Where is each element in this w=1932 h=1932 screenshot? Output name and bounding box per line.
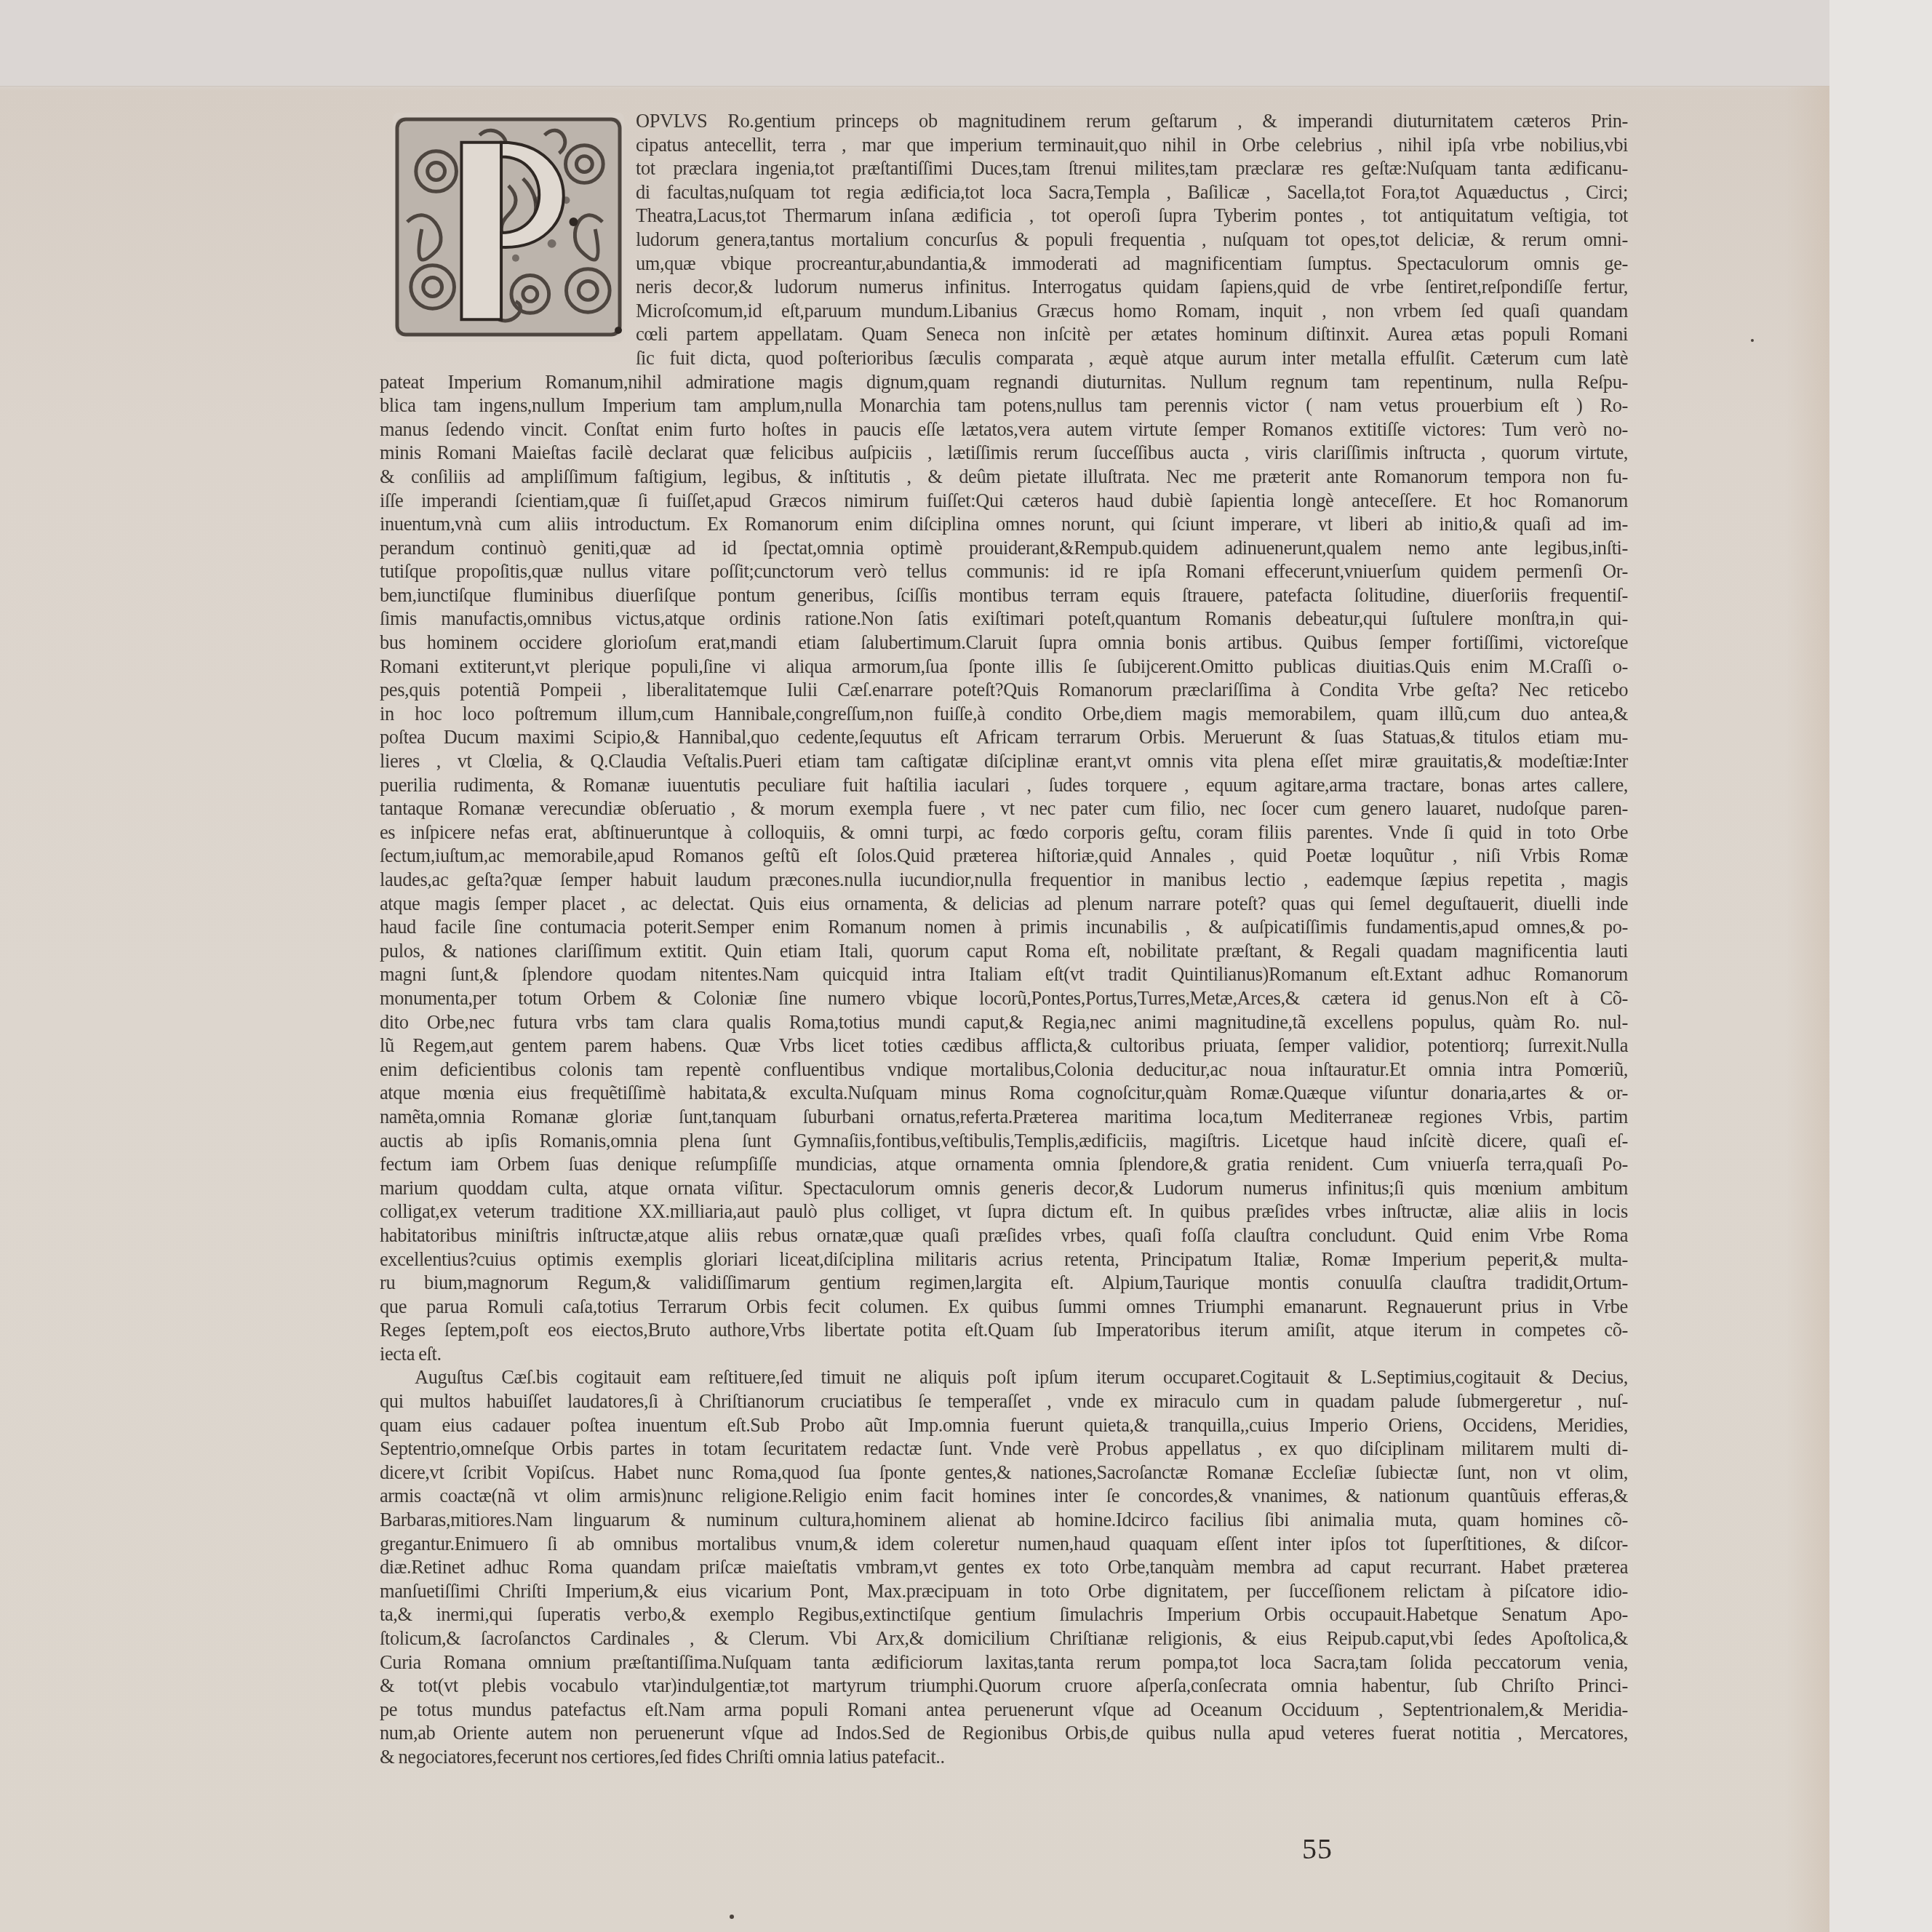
text-line: poſtea Ducum maximi Scipio,& Hannibal,qu… [380, 725, 1628, 749]
text-line: atque mœnia eius frequẽtiſſimè habitata,… [380, 1081, 1628, 1105]
text-line: ſtolicum,& ſacroſanctos Cardinales , & C… [380, 1626, 1628, 1650]
text-line: pe totus mundus patefactus eſt.Nam arma … [380, 1698, 1628, 1722]
text-line: iecta eſt. [380, 1342, 1628, 1366]
text-line: num,ab Oriente autem non peruenerunt vſq… [380, 1721, 1628, 1745]
text-line: puerilia rudimenta, & Romanæ iuuentutis … [380, 773, 1628, 797]
text-line: gregantur.Enimuero ſi ab omnibus mortali… [380, 1532, 1628, 1556]
text-line: haud facile ſine contumacia poterit.Semp… [380, 915, 1628, 939]
text-line: tutiſque propoſitis,quæ nullus vitare po… [380, 559, 1628, 583]
overlay-paper-band [0, 0, 1829, 87]
text-line: habitatoribus miniſtris inſtructæ,atque … [380, 1224, 1628, 1248]
text-line: ru bium,magnorum Regum,& validiſſimarum … [380, 1271, 1628, 1295]
text-line: quam eius cadauer poſtea inuentum eſt.Su… [380, 1413, 1628, 1437]
text-line: enim deficientibus colonis tam repentè c… [380, 1058, 1628, 1082]
text-line: ludorum genera,tantus mortalium concurſu… [636, 228, 1628, 252]
text-line: pateat Imperium Romanum,nihil admiration… [380, 370, 1628, 394]
text-line: namẽta,omnia Romanæ gloriæ ſunt,tanquam … [380, 1105, 1628, 1129]
text-line: Reges ſeptem,poſt eos eiectos,Bruto auth… [380, 1318, 1628, 1342]
text-line: pes,quis potentiã Pompeii , liberalitate… [380, 678, 1628, 702]
text-line: laudes,ac geſta?quæ ſemper habuit laudum… [380, 868, 1628, 892]
text-line: um,quæ vbique procreantur,abundantia,& i… [636, 252, 1628, 276]
text-line: ſic fuit dicta, quod poſterioribus ſæcul… [636, 346, 1628, 370]
text-line: que parua Romuli caſa,totius Terrarum Or… [380, 1295, 1628, 1319]
text-line: tantaque Romanæ verecundiæ obſeruatio , … [380, 797, 1628, 821]
text-line: bus hominem occidere glorioſum erat,mand… [380, 631, 1628, 655]
text-line: & conſiliis ad ampliſſimum faſtigium, le… [380, 465, 1628, 489]
text-line: cipatus antecellit, terra , mar que impe… [636, 133, 1628, 157]
text-line: ta,& inermi,qui ſuperatis verbo,& exempl… [380, 1602, 1628, 1626]
text-line: Theatra,Lacus,tot Thermarum inſana ædifi… [636, 204, 1628, 228]
page-edge-shadow [1786, 86, 1829, 1932]
text-line: perandum continuò geniti,quæ ad id ſpect… [380, 536, 1628, 560]
text-line: ſectum,iuſtum,ac memorabile,apud Romanos… [380, 844, 1628, 868]
text-line: marium quoddam culta, atque ornata viſit… [380, 1176, 1628, 1200]
body-text: OPVLVS Ro.gentium princeps ob magnitudin… [380, 109, 1628, 1769]
text-line: lieres , vt Clœlia, & Q.Claudia Veſtalis… [380, 749, 1628, 773]
text-line: minis Romani Maieſtas facilè declarat qu… [380, 441, 1628, 465]
text-line: fectum iam Orbem ſuas denique reſumpſiſſ… [380, 1152, 1628, 1176]
text-line: Auguſtus Cæſ.bis cogitauit eam reſtituer… [380, 1365, 1628, 1389]
text-line: qui multos habuiſſet laudatores,ſi à Chr… [380, 1389, 1628, 1413]
text-line: auctis ab ipſis Romanis,omnia plena ſunt… [380, 1129, 1628, 1153]
text-line: OPVLVS Ro.gentium princeps ob magnitudin… [636, 109, 1628, 133]
page-number: 55 [1302, 1832, 1333, 1866]
text-line: diæ.Retinet adhuc Roma quandam priſcæ ma… [380, 1555, 1628, 1579]
text-line: blica tam ingens,nullum Imperium tam amp… [380, 394, 1628, 418]
text-line: Septentrio,omneſque Orbis partes in tota… [380, 1437, 1628, 1461]
text-line: di facultas,nuſquam tot regia ædificia,t… [636, 180, 1628, 204]
text-line: dito Orbe,nec futura vrbs tam clara qual… [380, 1010, 1628, 1034]
ink-speck [1751, 339, 1754, 342]
ink-speck [730, 1915, 734, 1919]
text-line: inuentum,vnà cum aliis introductum. Ex R… [380, 512, 1628, 536]
text-line: ſimis manufactis,omnibus victus,atque or… [380, 607, 1628, 631]
text-line: in hoc loco poſtremum illum,cum Hannibal… [380, 702, 1628, 726]
text-line: monumenta,per totum Orbem & Coloniæ ſine… [380, 986, 1628, 1010]
text-line: colligat,ex veterum traditione XX.millia… [380, 1199, 1628, 1224]
text-line: Romani extiterunt,vt plerique populi,ſin… [380, 655, 1628, 679]
text-line: es inſpicere nefas erat, abſtinueruntque… [380, 821, 1628, 845]
text-line: & tot(vt plebis vocabulo vtar)indulgenti… [380, 1674, 1628, 1698]
text-line: magni ſunt,& ſplendore quodam nitentes.N… [380, 962, 1628, 986]
text-line: cœli partem appellatam. Quam Seneca non … [636, 322, 1628, 346]
text-line: manus ſedendo vincit. Conſtat enim furto… [380, 418, 1628, 442]
text-line: Barbaras,mitiores.Nam linguarum & numinu… [380, 1508, 1628, 1532]
text-line: lũ Regem,aut gentem parem habens. Quæ Vr… [380, 1034, 1628, 1058]
text-line: pulos, & nationes clariſſimum extitit. Q… [380, 939, 1628, 963]
text-line: manſuetiſſimi Chriſti Imperium,& eius vi… [380, 1579, 1628, 1603]
text-line: bem,iunctiſque fluminibus diuerſiſque po… [380, 583, 1628, 607]
text-line: dicere,vt ſcribit Vopiſcus. Habet nunc R… [380, 1461, 1628, 1485]
text-line: armis coactæ(nã vt olim armis)nunc relig… [380, 1484, 1628, 1508]
text-line: excellentius?cuius optimis exemplis glor… [380, 1248, 1628, 1272]
text-line: neris decor,& ludorum numerus infinitus.… [636, 275, 1628, 299]
text-line: tot præclara ingenia,tot præſtantiſſimi … [636, 156, 1628, 180]
text-line: iſſe imperandi ſcientiam,quæ ſi fuiſſet,… [380, 489, 1628, 513]
text-line: & negociatores,fecerunt nos certiores,ſe… [380, 1745, 1628, 1769]
text-line: Curia Romana omnium præſtantiſſima.Nuſqu… [380, 1650, 1628, 1674]
text-line: atque magis ſemper placet , ac delectat.… [380, 892, 1628, 916]
text-line: Microſcomum,id eſt,paruum mundum.Libaniu… [636, 299, 1628, 323]
